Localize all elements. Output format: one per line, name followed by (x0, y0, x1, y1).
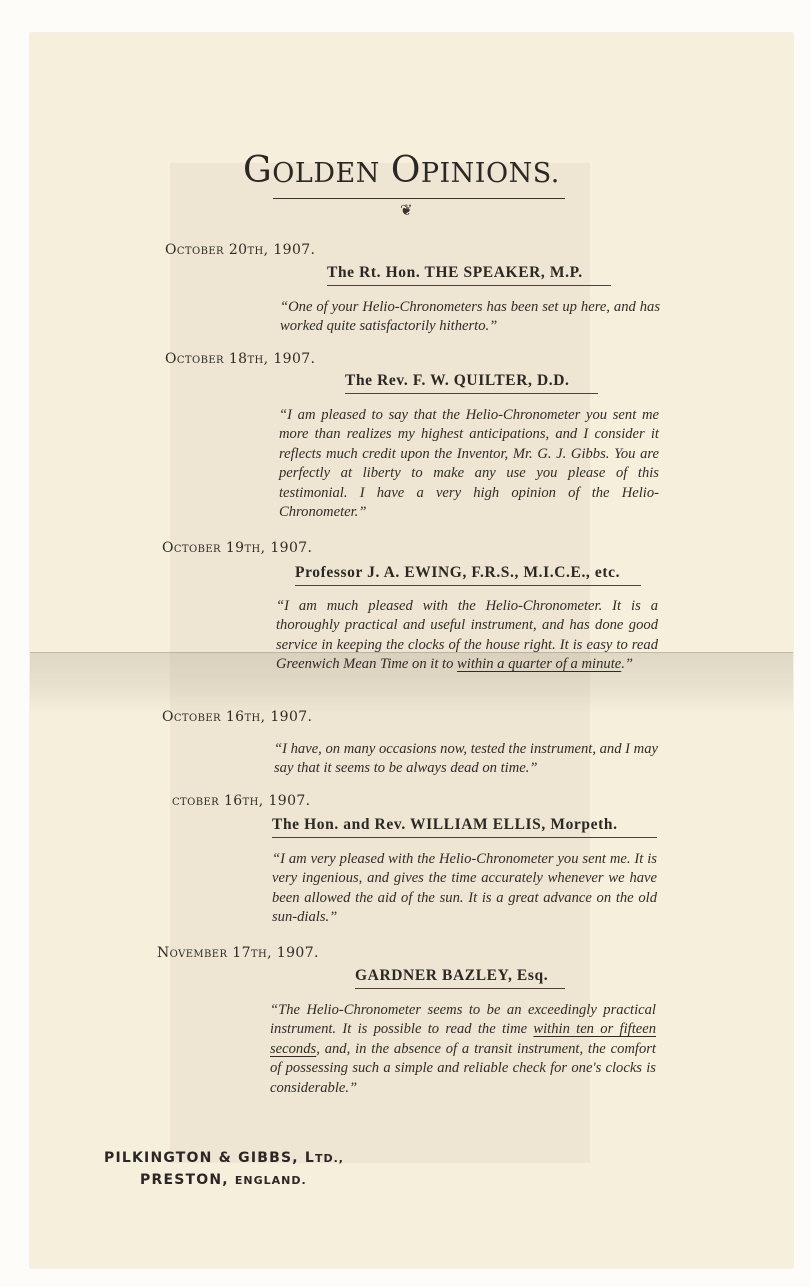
testimonial-quote: “One of your Helio-Chronometers has been… (280, 298, 660, 337)
testimonial-author: The Rt. Hon. THE SPEAKER, M.P. (327, 264, 611, 286)
testimonial-author: GARDNER BAZLEY, Esq. (355, 967, 565, 989)
testimonial-quote: “I have, on many occasions now, tested t… (274, 740, 658, 779)
testimonial-quote: “I am much pleased with the Helio-Chrono… (276, 597, 658, 675)
fleuron-ornament-icon: ❦ (400, 201, 413, 219)
testimonial-author: The Hon. and Rev. WILLIAM ELLIS, Morpeth… (272, 816, 657, 838)
testimonial-date: October 18th, 1907. (165, 351, 315, 367)
testimonial-quote: “I am very pleased with the Helio-Chrono… (272, 850, 657, 928)
testimonial-quote: “The Helio-Chronometer seems to be an ex… (270, 1001, 656, 1098)
testimonial-author: Professor J. A. EWING, F.R.S., M.I.C.E.,… (295, 564, 641, 586)
title-underline (273, 198, 565, 199)
testimonial-date: October 16th, 1907. (162, 709, 312, 725)
page-title: GOLDEN OPINIONS. (243, 150, 560, 191)
publisher-name: PILKINGTON & GIBBS, LTD., (104, 1150, 344, 1166)
testimonial-author: The Rev. F. W. QUILTER, D.D. (345, 372, 598, 394)
testimonial-date: November 17th, 1907. (157, 945, 319, 961)
publisher-location: PRESTON, ENGLAND. (140, 1172, 307, 1188)
testimonial-date: October 19th, 1907. (162, 540, 312, 556)
testimonial-quote: “I am pleased to say that the Helio-Chro… (279, 406, 659, 522)
testimonial-date: ctober 16th, 1907. (172, 793, 311, 809)
testimonial-date: October 20th, 1907. (165, 242, 315, 258)
